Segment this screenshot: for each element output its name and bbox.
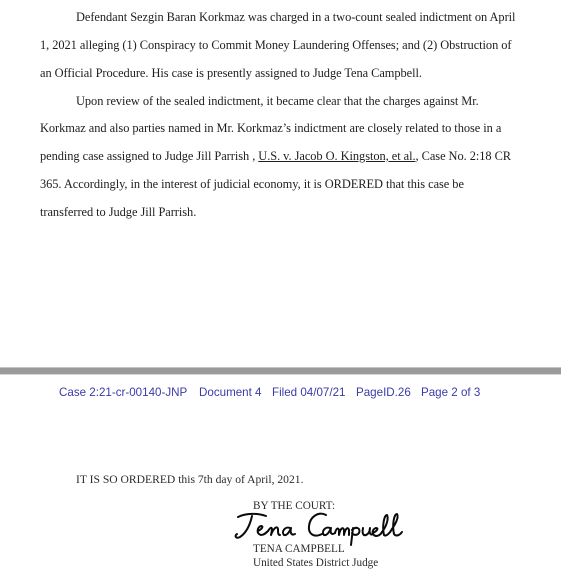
case-number: Case 2:21-cr-00140-JNP	[59, 386, 187, 399]
paragraph-1-line-1: Defendant Sezgin Baran Korkmaz was charg…	[76, 10, 515, 24]
paragraph-2-line-5: transferred to Judge Jill Parrish.	[40, 205, 196, 219]
signature-image	[232, 507, 404, 547]
page-count: Page 2 of 3	[421, 386, 480, 399]
page-separator	[0, 367, 561, 375]
paragraph-2-line-1: Upon review of the sealed indictment, it…	[76, 94, 479, 108]
paragraph-1-line-2: 1, 2021 alleging (1) Conspiracy to Commi…	[40, 38, 512, 52]
filed-date: Filed 04/07/21	[272, 386, 345, 399]
case-citation: U.S. v. Jacob O. Kingston, et al.	[258, 149, 415, 163]
judge-name: TENA CAMPBELL	[253, 543, 345, 556]
judge-title: United States District Judge	[253, 557, 378, 570]
order-line: IT IS SO ORDERED this 7th day of April, …	[76, 473, 303, 486]
line-text-after-citation: , Case No. 2:18 CR	[416, 149, 511, 163]
paragraph-2-line-2: Korkmaz and also parties named in Mr. Ko…	[40, 121, 501, 135]
document-page-upper: Defendant Sezgin Baran Korkmaz was charg…	[0, 0, 561, 367]
paragraph-1-line-3: an Official Procedure. His case is prese…	[40, 66, 422, 80]
paragraph-2-line-3: pending case assigned to Judge Jill Parr…	[40, 149, 511, 163]
paragraph-2-line-4: 365. Accordingly, in the interest of jud…	[40, 177, 464, 191]
document-number: Document 4	[199, 386, 262, 399]
page-id: PageID.26	[356, 386, 411, 399]
line-text-before-citation: pending case assigned to Judge Jill Parr…	[40, 149, 258, 163]
